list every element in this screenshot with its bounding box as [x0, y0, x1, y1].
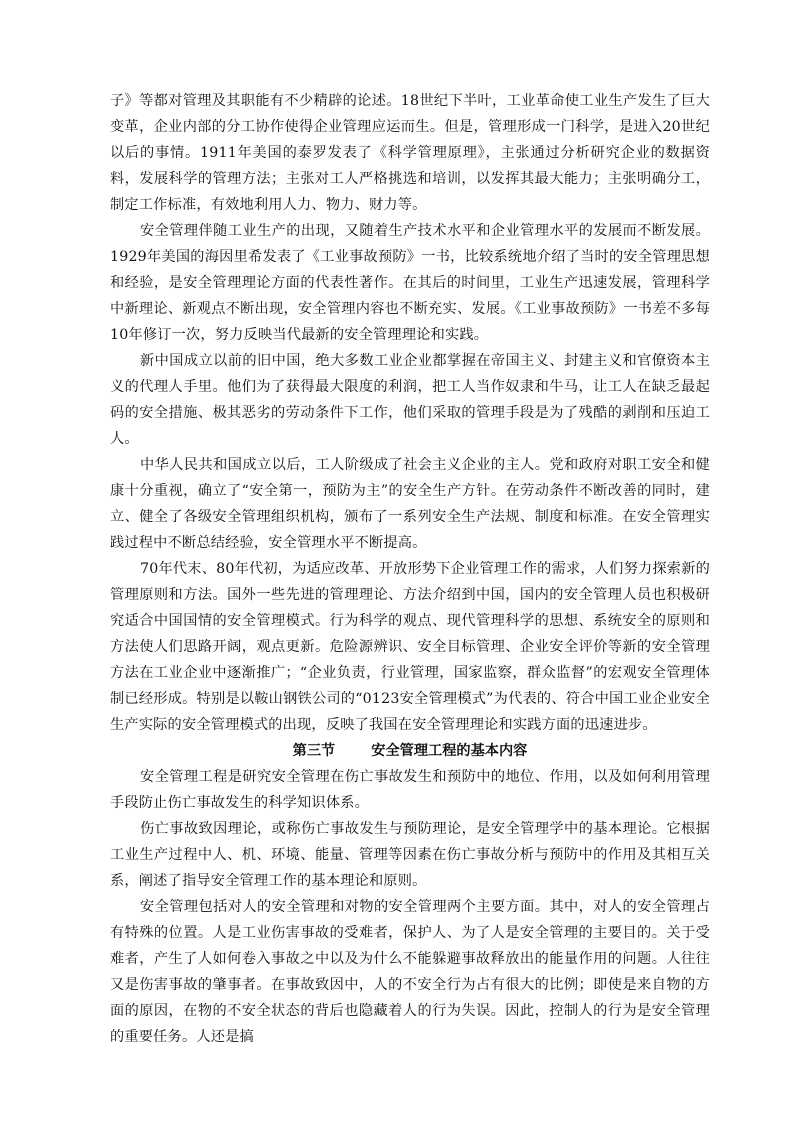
paragraph-people-management: 安全管理包括对人的安全管理和对物的安全管理两个主要方面。其中，对人的安全管理占有…	[110, 894, 710, 1050]
document-page: 子》等都对管理及其职能有不少精辟的论述。18世纪下半叶，工业革命使工业生产发生了…	[110, 88, 710, 1050]
section-number: 第三节	[293, 743, 336, 759]
paragraph-causation-theory: 伤亡事故致因理论，或称伤亡事故发生与预防理论，是安全管理学中的基本理论。它根据工…	[110, 816, 710, 894]
paragraph-heinrich-history: 安全管理伴随工业生产的出现，又随着生产技术水平和企业管理水平的发展而不断发展。1…	[110, 218, 710, 348]
paragraph-reform-era: 70年代末、80年代初，为适应改革、开放形势下企业管理工作的需求，人们努力探索新…	[110, 556, 710, 738]
paragraph-scientific-management: 子》等都对管理及其职能有不少精辟的论述。18世纪下半叶，工业革命使工业生产发生了…	[110, 88, 710, 218]
section-title: 安全管理工程的基本内容	[371, 743, 527, 759]
section-heading: 第三节安全管理工程的基本内容	[110, 738, 710, 764]
paragraph-prc-founding: 中华人民共和国成立以后，工人阶级成了社会主义企业的主人。党和政府对职工安全和健康…	[110, 452, 710, 556]
paragraph-definition: 安全管理工程是研究安全管理在伤亡事故发生和预防中的地位、作用，以及如何利用管理手…	[110, 764, 710, 816]
paragraph-old-china: 新中国成立以前的旧中国，绝大多数工业企业都掌握在帝国主义、封建主义和官僚资本主义…	[110, 348, 710, 452]
